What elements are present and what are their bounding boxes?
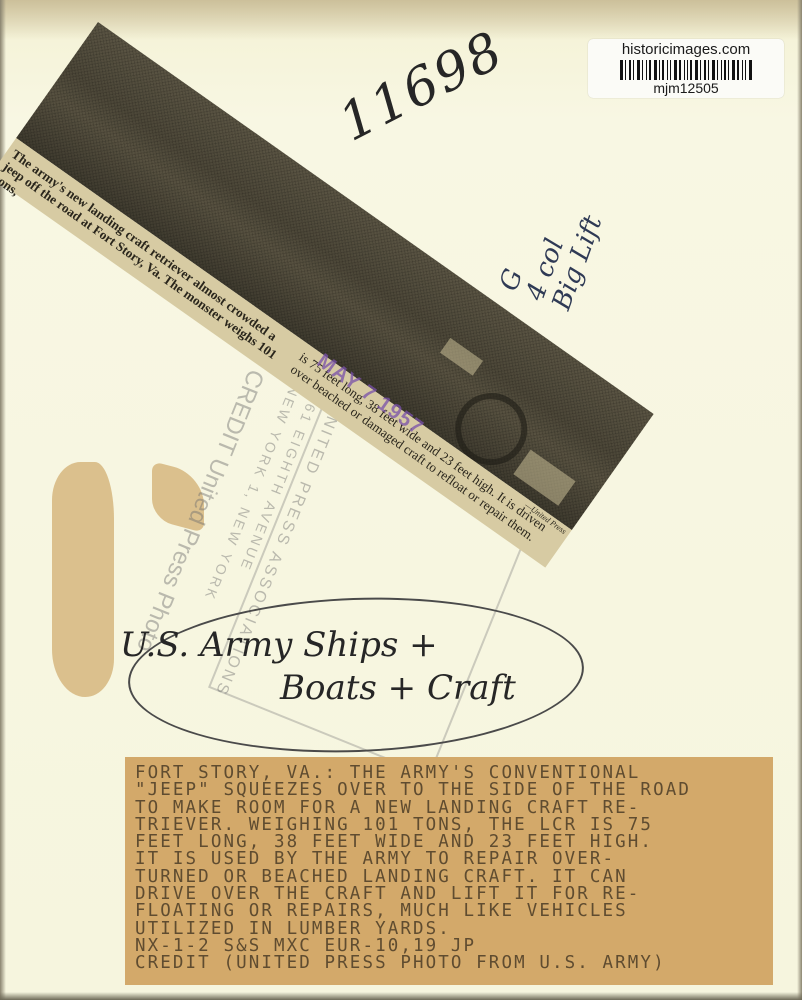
label-id: mjm12505 (588, 81, 784, 96)
handwritten-category-line2: Boats + Craft (280, 668, 516, 708)
typed-caption-line: "JEEP" SQUEEZES OVER TO THE SIDE OF THE … (135, 782, 773, 799)
barcode-icon (620, 60, 752, 80)
glue-stain (52, 462, 114, 697)
barcode-label: historicimages.com mjm12505 (588, 39, 784, 98)
label-site: historicimages.com (588, 42, 784, 58)
bottom-edge (0, 992, 802, 1000)
typed-caption-slip: FORT STORY, VA.: THE ARMY'S CONVENTIONAL… (125, 757, 773, 985)
top-edge-stain (0, 0, 802, 40)
typed-caption-line: CREDIT (UNITED PRESS PHOTO FROM U.S. ARM… (135, 955, 773, 972)
handwritten-category-line1: U.S. Army Ships + (120, 625, 438, 665)
photo-back: UNITED PRESS ASSOCIATIONS 461 EIGHTH AVE… (0, 0, 802, 1000)
right-edge (797, 0, 802, 1000)
handwritten-side-note: G 4 col Big Lift (495, 193, 607, 314)
left-edge (0, 0, 6, 1000)
handwritten-number: 11698 (330, 20, 514, 153)
